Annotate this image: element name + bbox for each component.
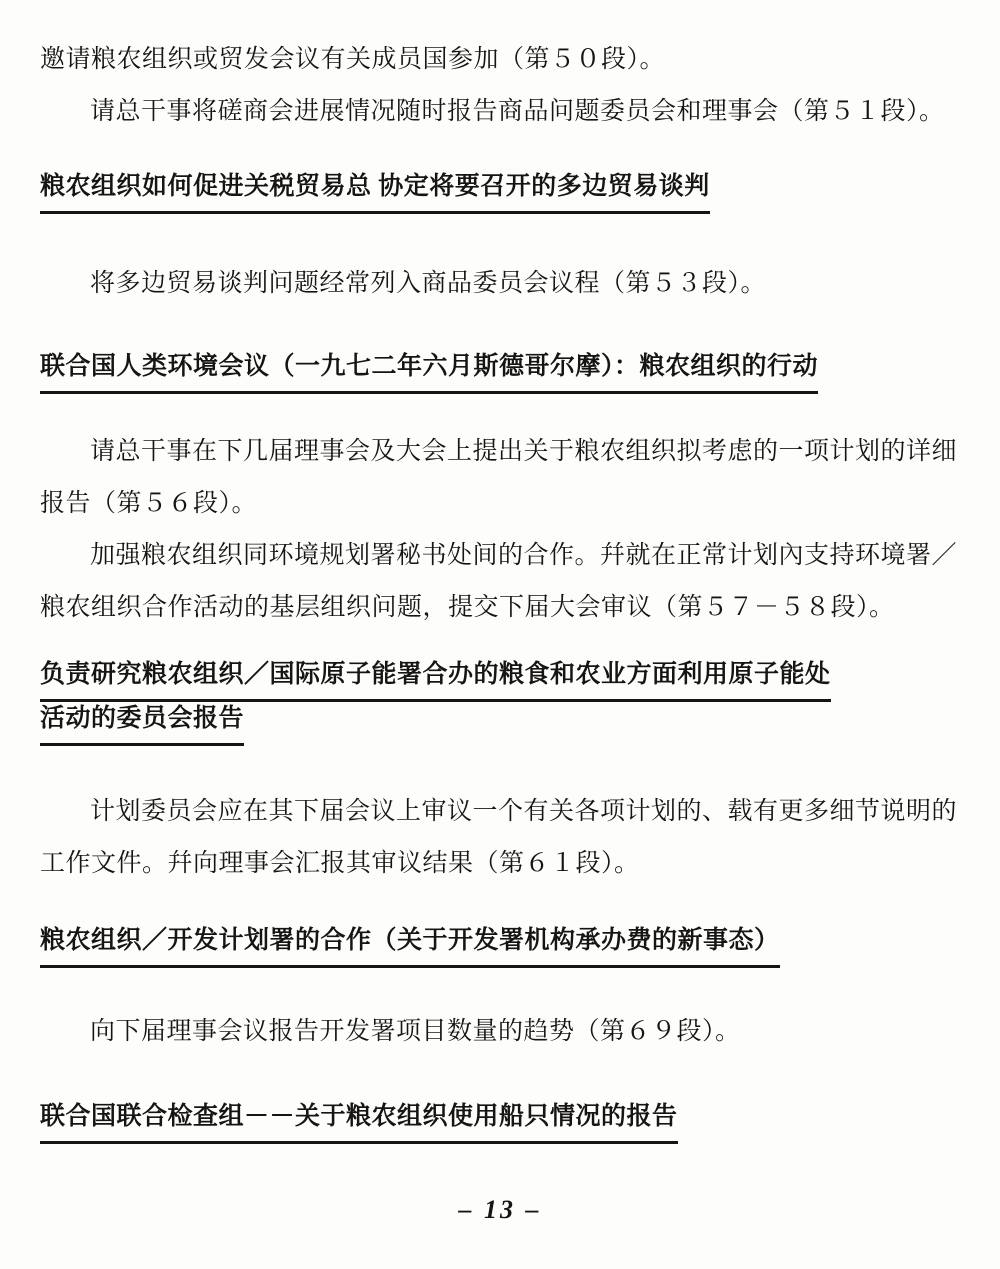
document-page: 邀请粮农组织或贸发会议有关成员国参加（第５０段）。 请总干事将磋商会进展情况随时… (0, 0, 1000, 1269)
heading-stockholm: 联合国人类环境会议（一九七二年六月斯德哥尔摩）：粮农组织的行动 (40, 350, 960, 394)
paragraph-69: 向下届理事会议报告开发署项目数量的趋势（第６９段）。 (40, 1006, 960, 1058)
paragraph-50: 邀请粮农组织或贸发会议有关成员国参加（第５０段）。 (40, 34, 960, 86)
page-content: 邀请粮农组织或贸发会议有关成员国参加（第５０段）。 请总干事将磋商会进展情况随时… (0, 0, 1000, 1228)
paragraph-57-58: 加强粮农组织同环境规划署秘书处间的合作。幷就在正常计划內支持环境署／粮农组织合作… (40, 530, 960, 634)
heading-atomic-energy-line1: 负责研究粮农组织／国际原子能署合办的粮食和农业方面利用原子能处 (40, 658, 831, 702)
paragraph-61: 计划委员会应在其下届会议上审议一个有关各项计划的、载有更多细节说明的工作文件。幷… (40, 786, 960, 890)
paragraph-56: 请总干事在下几届理事会及大会上提出关于粮农组织拟考虑的一项计划的详细报告（第５６… (40, 426, 960, 530)
heading-gatt: 粮农组织如何促进关税贸易总 协定将要召开的多边贸易谈判 (40, 170, 960, 214)
heading-joint-inspection-text: 联合国联合检查组－－关于粮农组织使用船只情况的报告 (40, 1100, 678, 1144)
page-number: – 13 – (40, 1192, 960, 1228)
heading-joint-inspection: 联合国联合检查组－－关于粮农组织使用船只情况的报告 (40, 1100, 960, 1144)
heading-undp-cooperation-text: 粮农组织／开发计划署的合作（关于开发署机构承办费的新事态） (40, 924, 780, 968)
heading-atomic-energy: 负责研究粮农组织／国际原子能署合办的粮食和农业方面利用原子能处 活动的委员会报告 (40, 658, 960, 746)
heading-gatt-text: 粮农组织如何促进关税贸易总 协定将要召开的多边贸易谈判 (40, 170, 710, 214)
heading-undp-cooperation: 粮农组织／开发计划署的合作（关于开发署机构承办费的新事态） (40, 924, 960, 968)
heading-atomic-energy-line2: 活动的委员会报告 (40, 702, 244, 746)
paragraph-51: 请总干事将磋商会进展情况随时报告商品问题委员会和理事会（第５１段）。 (40, 86, 960, 138)
heading-stockholm-text: 联合国人类环境会议（一九七二年六月斯德哥尔摩）：粮农组织的行动 (40, 350, 818, 394)
paragraph-53: 将多边贸易谈判问题经常列入商品委员会议程（第５３段）。 (40, 258, 960, 310)
